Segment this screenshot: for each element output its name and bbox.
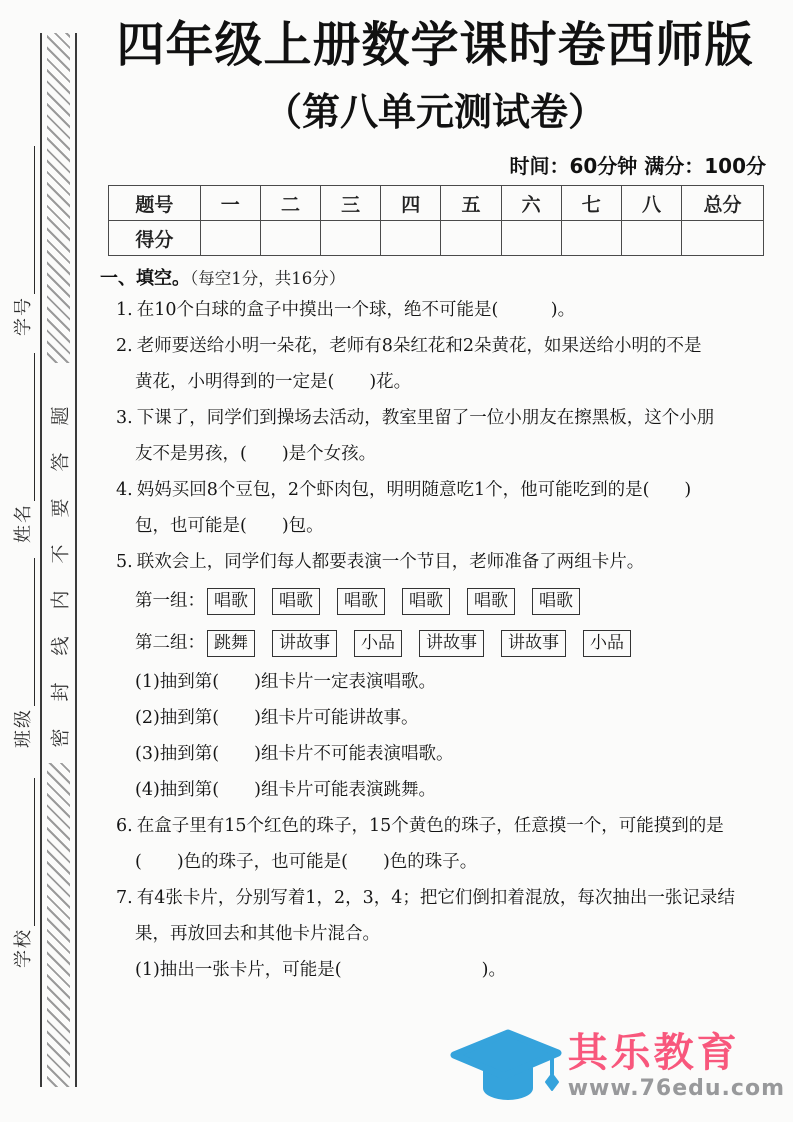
score-empty-cell bbox=[441, 221, 501, 256]
performance-card: 跳舞 bbox=[207, 630, 255, 657]
question-1: 1.在10个白球的盒子中摸出一个球，绝不可能是( )。 bbox=[100, 292, 770, 328]
question-4-line-2: 包，也可能是( )包。 bbox=[100, 508, 770, 544]
performance-card: 讲故事 bbox=[419, 630, 484, 657]
score-header-cell: 六 bbox=[501, 186, 561, 221]
question-6-line-2: ( )色的珠子，也可能是( )色的珠子。 bbox=[100, 844, 770, 880]
card-group-1: 第一组：唱歌唱歌唱歌唱歌唱歌唱歌 bbox=[100, 580, 770, 622]
question-text: 老师要送给小明一朵花，老师有8朵红花和2朵黄花，如果送给小明的不是 bbox=[137, 336, 702, 356]
performance-card: 小品 bbox=[354, 630, 402, 657]
question-4-line-1: 4.妈妈买回8个豆包，2个虾肉包，明明随意吃1个，他可能吃到的是( ) bbox=[100, 472, 770, 508]
question-text: 有4张卡片，分别写着1，2，3，4；把它们倒扣着混放，每次抽出一张记录结 bbox=[137, 888, 735, 908]
performance-card: 唱歌 bbox=[207, 588, 255, 615]
section-note: （每空1分，共16分） bbox=[190, 269, 345, 288]
question-2-line-2: 黄花，小明得到的一定是( )花。 bbox=[100, 364, 770, 400]
card-group-2-label: 第二组： bbox=[135, 633, 205, 653]
question-2-line-1: 2.老师要送给小明一朵花，老师有8朵红花和2朵黄花，如果送给小明的不是 bbox=[100, 328, 770, 364]
score-row-label: 得分 bbox=[109, 221, 201, 256]
brand-text-block: 其乐教育 www.76edu.com bbox=[568, 1033, 785, 1101]
performance-card: 唱歌 bbox=[467, 588, 515, 615]
score-header-cell: 四 bbox=[381, 186, 441, 221]
question-number: 6. bbox=[116, 816, 133, 836]
score-empty-cell bbox=[501, 221, 561, 256]
performance-card: 唱歌 bbox=[272, 588, 320, 615]
card-group-2: 第二组：跳舞讲故事小品讲故事讲故事小品 bbox=[100, 622, 770, 664]
performance-card: 小品 bbox=[583, 630, 631, 657]
question-text: 联欢会上，同学们每人都要表演一个节目，老师准备了两组卡片。 bbox=[137, 552, 645, 572]
seal-line-text: 密封线内不要答题 bbox=[45, 379, 72, 747]
question-number: 5. bbox=[116, 552, 133, 572]
score-table-header-row: 题号 一 二 三 四 五 六 七 八 总分 bbox=[109, 186, 764, 221]
brand-logo: 其乐教育 www.76edu.com bbox=[446, 1024, 785, 1110]
question-3-line-2: 友不是男孩，( )是个女孩。 bbox=[100, 436, 770, 472]
score-empty-cell bbox=[200, 221, 260, 256]
score-empty-cell bbox=[621, 221, 681, 256]
question-3-line-1: 3.下课了，同学们到操场去活动，教室里留了一位小朋友在擦黑板，这个小朋 bbox=[100, 400, 770, 436]
seal-line-strip: 密封线内不要答题 bbox=[40, 33, 77, 1087]
question-5-sub-3: (3)抽到第( )组卡片不可能表演唱歌。 bbox=[100, 736, 770, 772]
question-text: 在盒子里有15个红色的珠子，15个黄色的珠子，任意摸一个，可能摸到的是 bbox=[137, 816, 724, 836]
question-number: 2. bbox=[116, 336, 133, 356]
question-5-sub-1: (1)抽到第( )组卡片一定表演唱歌。 bbox=[100, 664, 770, 700]
score-header-cell: 五 bbox=[441, 186, 501, 221]
score-table: 题号 一 二 三 四 五 六 七 八 总分 得分 bbox=[108, 185, 764, 256]
score-empty-cell bbox=[321, 221, 381, 256]
page-title: 四年级上册数学课时卷西师版 bbox=[100, 18, 770, 73]
school-blank bbox=[14, 778, 35, 926]
page-subtitle: （第八单元测试卷） bbox=[100, 81, 770, 136]
score-header-cell: 总分 bbox=[682, 186, 764, 221]
score-empty-cell bbox=[682, 221, 764, 256]
score-header-cell: 题号 bbox=[109, 186, 201, 221]
student-id-label: 学号 bbox=[9, 296, 35, 336]
performance-card: 唱歌 bbox=[402, 588, 450, 615]
exam-meta: 时间：60分钟 满分：100分 bbox=[100, 150, 770, 179]
performance-card: 讲故事 bbox=[501, 630, 566, 657]
score-empty-cell bbox=[561, 221, 621, 256]
performance-card: 唱歌 bbox=[337, 588, 385, 615]
score-header-cell: 八 bbox=[621, 186, 681, 221]
score-header-cell: 三 bbox=[321, 186, 381, 221]
performance-card: 讲故事 bbox=[272, 630, 337, 657]
question-number: 3. bbox=[116, 408, 133, 428]
question-number: 7. bbox=[116, 888, 133, 908]
score-empty-cell bbox=[381, 221, 441, 256]
hatch-pattern-bottom bbox=[47, 763, 70, 1087]
test-paper-page: 学号 姓名 班级 学校 密封线内不要答题 四年级上册数学课时卷西师版 （第八单元… bbox=[0, 0, 793, 1122]
question-list: 1.在10个白球的盒子中摸出一个球，绝不可能是( )。 2.老师要送给小明一朵花… bbox=[100, 292, 770, 988]
question-text: 下课了，同学们到操场去活动，教室里留了一位小朋友在擦黑板，这个小朋 bbox=[137, 408, 715, 428]
brand-name: 其乐教育 bbox=[568, 1033, 740, 1073]
card-group-1-label: 第一组： bbox=[135, 591, 205, 611]
score-empty-cell bbox=[260, 221, 320, 256]
performance-card: 唱歌 bbox=[532, 588, 580, 615]
graduation-cap-icon bbox=[446, 1024, 566, 1110]
school-label: 学校 bbox=[9, 928, 35, 968]
question-number: 1. bbox=[116, 300, 133, 320]
question-5-sub-2: (2)抽到第( )组卡片可能讲故事。 bbox=[100, 700, 770, 736]
student-id-field: 学号 bbox=[9, 146, 35, 336]
question-number: 4. bbox=[116, 480, 133, 500]
brand-url: www.76edu.com bbox=[568, 1076, 785, 1101]
hatch-pattern-top bbox=[47, 33, 70, 363]
question-7-line-2: 果，再放回去和其他卡片混合。 bbox=[100, 916, 770, 952]
school-field: 学校 bbox=[9, 778, 35, 968]
score-table-score-row: 得分 bbox=[109, 221, 764, 256]
score-header-cell: 二 bbox=[260, 186, 320, 221]
score-header-cell: 七 bbox=[561, 186, 621, 221]
question-7-line-1: 7.有4张卡片，分别写着1，2，3，4；把它们倒扣着混放，每次抽出一张记录结 bbox=[100, 880, 770, 916]
score-header-cell: 一 bbox=[200, 186, 260, 221]
section-heading: 一、填空。（每空1分，共16分） bbox=[100, 266, 770, 292]
question-7-sub-1: (1)抽出一张卡片，可能是( )。 bbox=[100, 952, 770, 988]
section-title: 一、填空。 bbox=[100, 268, 190, 289]
question-text: 妈妈买回8个豆包，2个虾肉包，明明随意吃1个，他可能吃到的是( ) bbox=[137, 480, 692, 500]
question-text: 在10个白球的盒子中摸出一个球，绝不可能是( )。 bbox=[137, 300, 575, 320]
question-5-sub-4: (4)抽到第( )组卡片可能表演跳舞。 bbox=[100, 772, 770, 808]
question-5-intro: 5.联欢会上，同学们每人都要表演一个节目，老师准备了两组卡片。 bbox=[100, 544, 770, 580]
question-6-line-1: 6.在盒子里有15个红色的珠子，15个黄色的珠子，任意摸一个，可能摸到的是 bbox=[100, 808, 770, 844]
student-id-blank bbox=[14, 146, 35, 294]
main-content: 四年级上册数学课时卷西师版 （第八单元测试卷） 时间：60分钟 满分：100分 … bbox=[100, 18, 770, 988]
